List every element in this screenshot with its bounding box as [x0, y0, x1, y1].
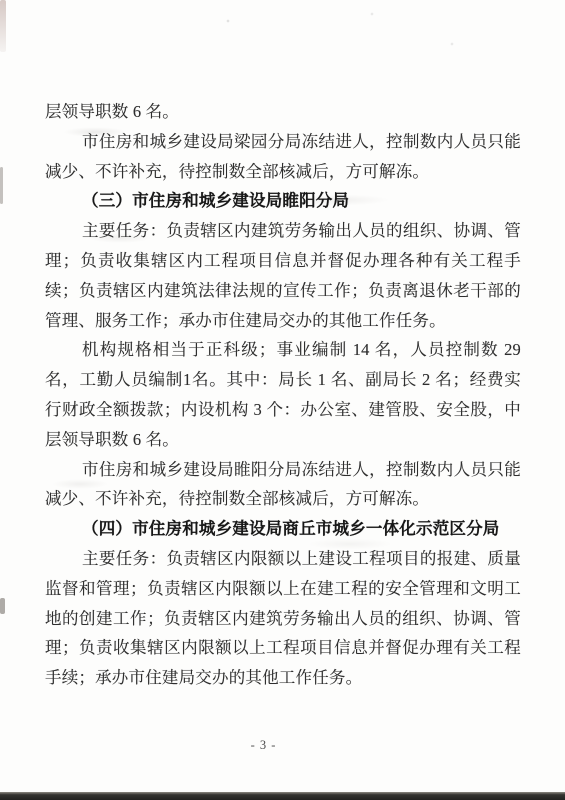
- page-number: - 3 -: [0, 738, 527, 753]
- document-line: 地的创建工作；负责辖区内建筑劳务输出人员的组织、协调、管: [45, 604, 521, 634]
- scan-edge-artifact: [0, 598, 5, 614]
- scan-edge-artifact: [0, 0, 6, 52]
- scan-edge-artifact: [0, 167, 3, 204]
- document-line: 减少、不许补充，待控制数全部核减后，方可解冻。: [45, 157, 521, 187]
- document-line: 层领导职数 6 名。: [45, 425, 521, 455]
- document-line: 名，工勤人员编制1名。其中：局长 1 名、副局长 2 名；经费实: [45, 365, 521, 395]
- document-line: 层领导职数 6 名。: [45, 97, 521, 127]
- document-line: 主要任务：负责辖区内限额以上建设工程项目的报建、质量: [45, 544, 521, 574]
- document-line: 行财政全额拨款；内设机构 3 个：办公室、建管股、安全股，中: [45, 395, 521, 425]
- section-heading: （三）市住房和城乡建设局睢阳分局: [45, 186, 521, 216]
- document-body: 层领导职数 6 名。 市住房和城乡建设局梁园分局冻结进人，控制数内人员只能 减少…: [45, 97, 521, 693]
- section-heading: （四）市住房和城乡建设局商丘市城乡一体化示范区分局: [45, 514, 521, 544]
- document-line: 理；负责收集辖区内工程项目信息并督促办理各种有关工程手: [45, 246, 521, 276]
- document-line: 减少、不许补充，待控制数全部核减后，方可解冻。: [45, 484, 521, 514]
- document-line: 续；负责辖区内建筑法律法规的宣传工作；负责离退休老干部的: [45, 276, 521, 306]
- document-line: 机构规格相当于正科级；事业编制 14 名，人员控制数 29: [45, 335, 521, 365]
- scanned-document-page: 层领导职数 6 名。 市住房和城乡建设局梁园分局冻结进人，控制数内人员只能 减少…: [0, 0, 565, 800]
- document-line: 主要任务：负责辖区内建筑劳务输出人员的组织、协调、管: [45, 216, 521, 246]
- document-line: 理；负责收集辖区内限额以上工程项目信息并督促办理有关工程: [45, 633, 521, 663]
- document-line: 市住房和城乡建设局睢阳分局冻结进人，控制数内人员只能: [45, 455, 521, 485]
- document-line: 管理、服务工作；承办市住建局交办的其他工作任务。: [45, 306, 521, 336]
- scan-bottom-edge: [0, 792, 565, 800]
- document-line: 市住房和城乡建设局梁园分局冻结进人，控制数内人员只能: [45, 127, 521, 157]
- document-line: 监督和管理；负责辖区内限额以上在建工程的安全管理和文明工: [45, 574, 521, 604]
- document-line: 手续；承办市住建局交办的其他工作任务。: [45, 663, 521, 693]
